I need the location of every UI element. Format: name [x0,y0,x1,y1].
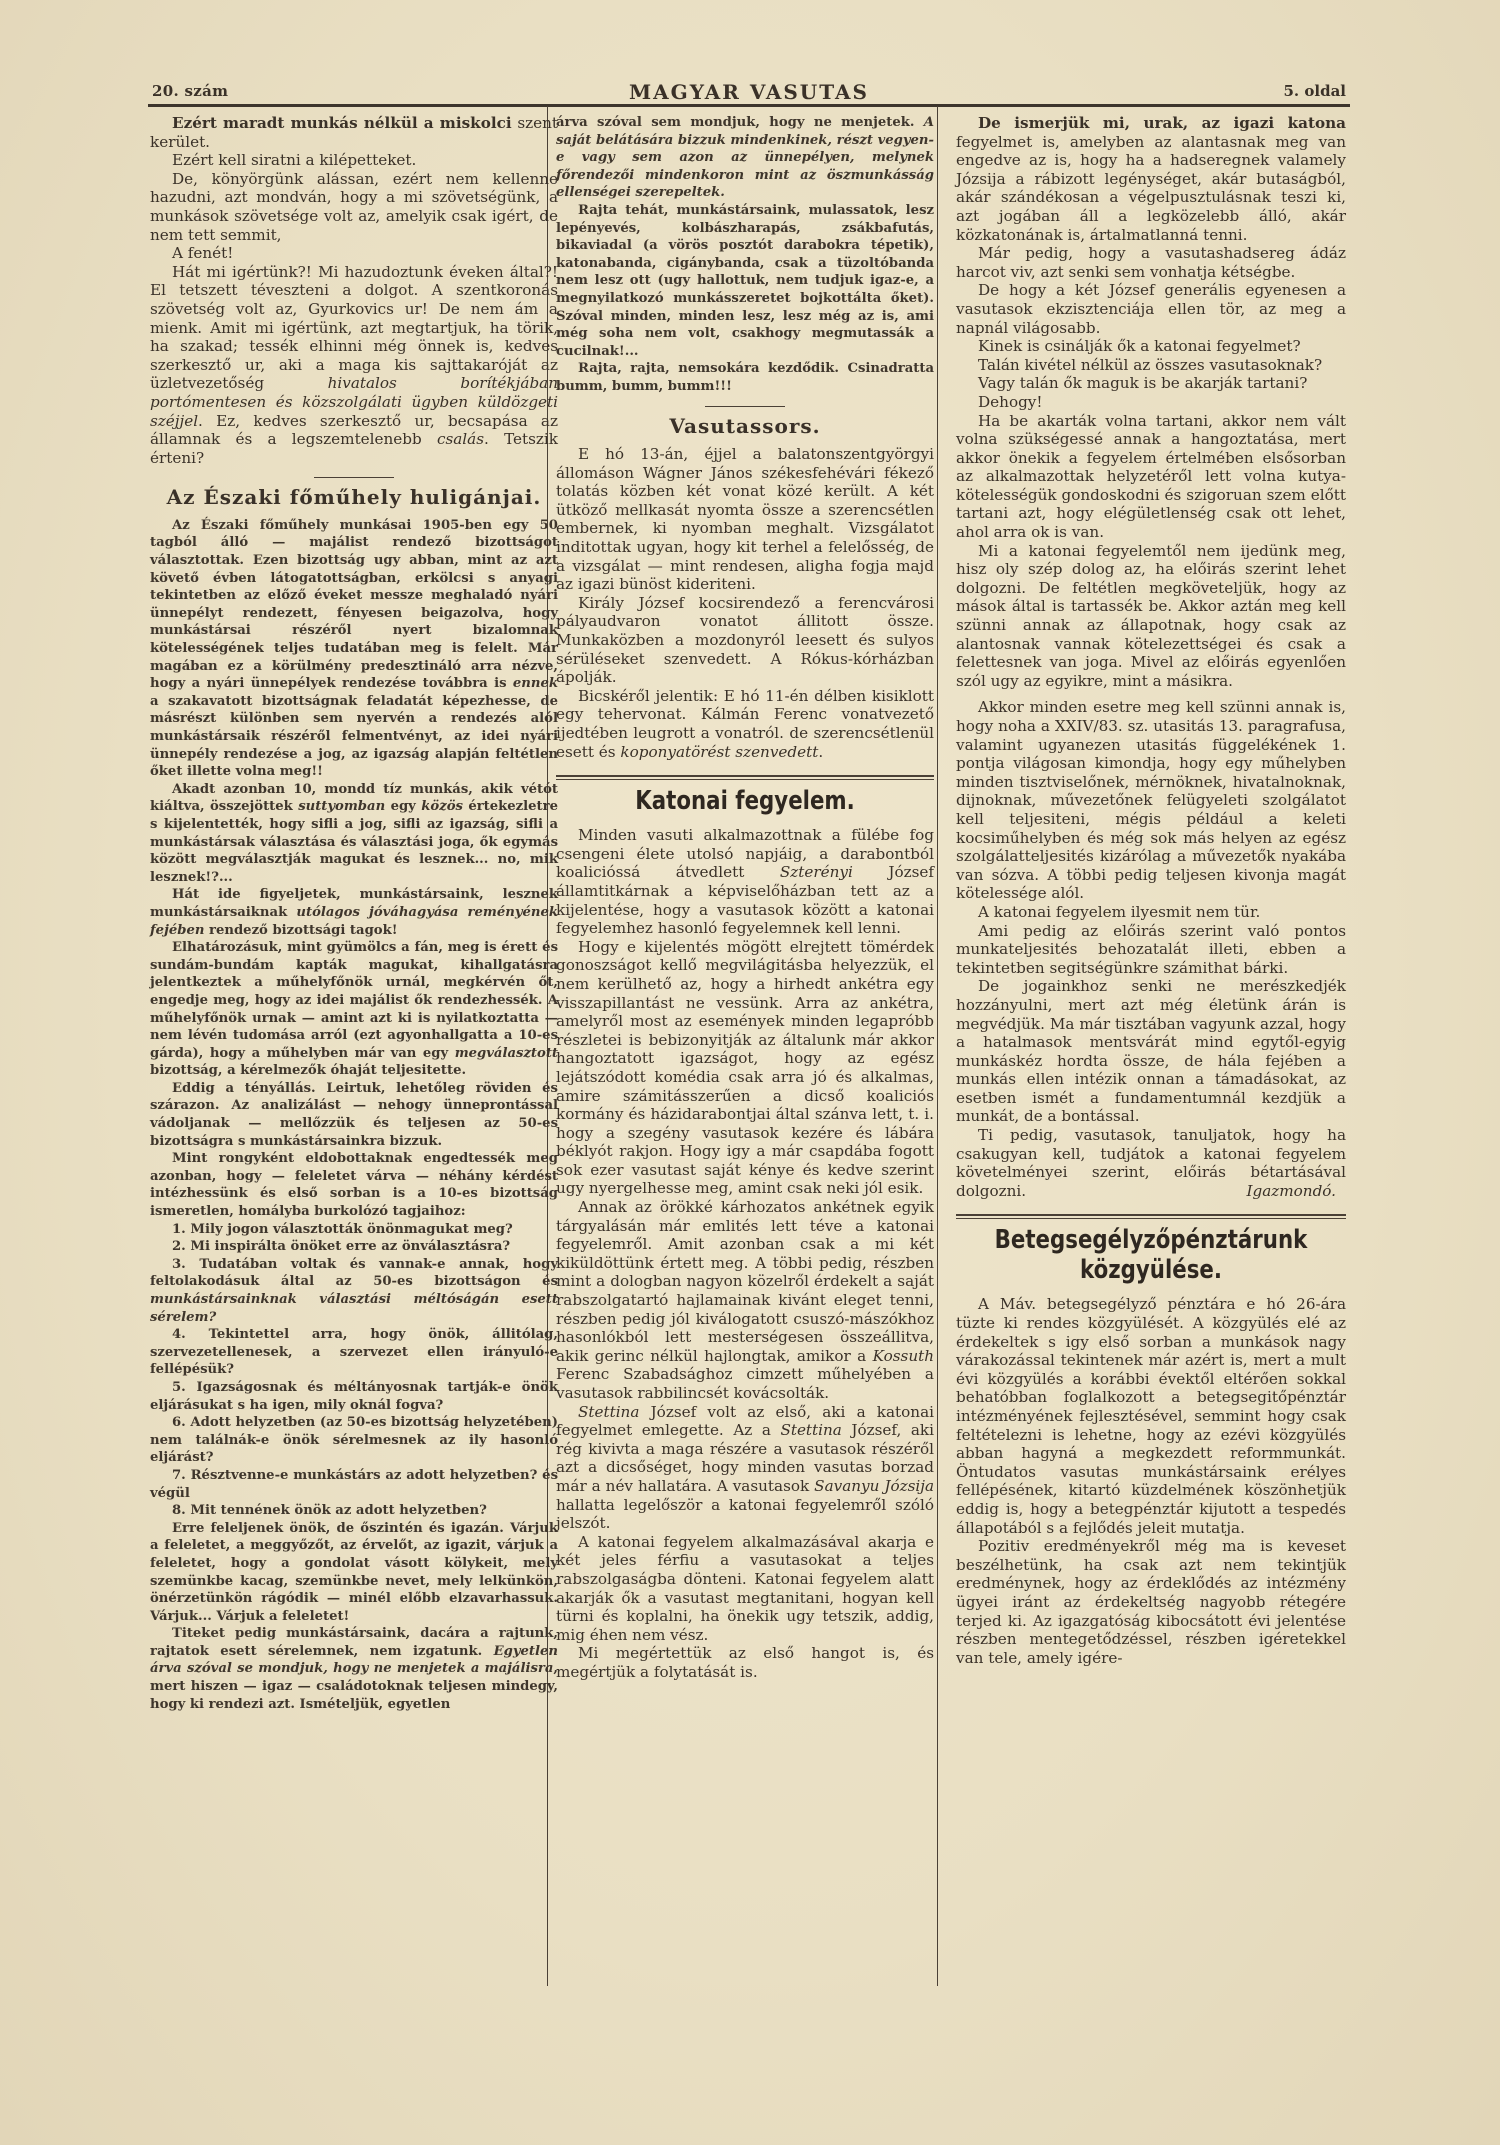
article-heading: Betegsegélyzőpénztárunk közgyülése. [991,1225,1311,1285]
section-double-rule [956,1214,1346,1219]
paragraph: Stettina József volt az első, aki a kato… [556,1403,934,1533]
paragraph: Erre feleljenek önök, de őszintén és iga… [150,1520,558,1626]
article-heading: Vasutassors. [556,417,934,436]
question-item: 6. Adott helyzetben (az 50-es bizottság … [150,1414,558,1467]
paragraph: Hát mi igértünk?! Mi hazudoztunk éveken … [150,263,558,468]
column-right: De ismerjük mi, urak, az igazi katona fe… [956,114,1346,1667]
paragraph: De jogainkhoz senki ne merészkedjék hozz… [956,977,1346,1126]
paragraph: Ezért kell siratni a kilépetteket. [150,151,558,170]
paragraph: Ami pedig az előirás szerint való pontos… [956,922,1346,978]
header-rule [148,104,1350,107]
question-item: 8. Mit tennének önök az adott helyzetben… [150,1502,558,1520]
paragraph: E hó 13-án, éjjel a balatonszentgyörgyi … [556,445,934,594]
masthead-title: MAGYAR VASUTAS [148,80,1350,104]
paragraph: De, könyörgünk alássan, ezért nem kellen… [150,170,558,244]
paragraph: De hogy a két József generális egyenesen… [956,281,1346,337]
paragraph: Pozitiv eredményekről még ma is keveset … [956,1537,1346,1667]
paragraph: Mint rongyként eldobottaknak engedtessék… [150,1150,558,1220]
newspaper-page: 20. szám MAGYAR VASUTAS 5. oldal Ezért m… [0,0,1500,2145]
paragraph: Elhatározásuk, mint gyümölcs a fán, meg … [150,939,558,1080]
paragraph: Hogy e kijelentés mögött elrejtett tömér… [556,938,934,1198]
question-item: 1. Mily jogon választották önönmagukat m… [150,1221,558,1239]
paragraph: Akkor minden esetre meg kell szünni anna… [956,698,1346,903]
question-item: 4. Tekintettel arra, hogy önök, állitóla… [150,1326,558,1379]
section-separator [705,406,785,407]
paragraph: Akadt azonban 10, mondd tíz munkás, akik… [150,781,558,887]
paragraph: Kinek is csinálják ők a katonai fegyelme… [956,337,1346,356]
paragraph: Mi a katonai fegyelemtől nem ijedünk meg… [956,542,1346,691]
article-heading: Katonai fegyelem. [590,786,900,816]
paragraph: Már pedig, hogy a vasutashadsereg ádáz h… [956,244,1346,281]
paragraph: Annak az örökké kárhozatos ankétnek egyi… [556,1198,934,1403]
paragraph: Rajta tehát, munkástársaink, mulassatok,… [556,202,934,360]
paragraph: Dehogy! [956,393,1346,412]
column-middle: árva szóval sem mondjuk, hogy ne menjete… [556,114,934,1682]
paragraph: A Máv. betegsegélyző pénztára e hó 26-ár… [956,1295,1346,1537]
page-header: 20. szám MAGYAR VASUTAS 5. oldal [148,80,1350,106]
paragraph: Eddig a tényállás. Leirtuk, lehetőleg rö… [150,1080,558,1150]
column-left: Ezért maradt munkás nélkül a miskolci sz… [150,114,558,1713]
paragraph: A katonai fegyelem ilyesmit nem tür. [956,903,1346,922]
paragraph: A katonai fegyelem alkalmazásával akarja… [556,1533,934,1645]
paragraph: Titeket pedig munkástársaink, dacára a r… [150,1625,558,1713]
paragraph: Ha be akarták volna tartani, akkor nem v… [956,412,1346,542]
paragraph: Talán kivétel nélkül az összes vasutasok… [956,356,1346,375]
paragraph: Mi megértettük az első hangot is, és meg… [556,1644,934,1681]
paragraph: Király József kocsirendező a ferencváros… [556,594,934,687]
paragraph: Rajta, rajta, nemsokára kezdődik. Csinad… [556,360,934,395]
paragraph: Ezért maradt munkás nélkül a miskolci sz… [150,114,558,151]
page-number: 5. oldal [1284,82,1347,100]
paragraph: Hát ide figyeljetek, munkástársaink, les… [150,886,558,939]
question-item: 3. Tudatában voltak és vannak-e annak, h… [150,1256,558,1326]
paragraph: Bicskéről jelentik: E hó 11-én délben ki… [556,687,934,761]
question-item: 2. Mi inspirálta önöket erre az önválasz… [150,1238,558,1256]
question-item: 7. Résztvenne-e munkástárs az adott hely… [150,1467,558,1502]
article-heading: Az Északi főműhely huligánjai. [150,488,558,507]
question-item: 5. Igazságosnak és méltányosnak tartják-… [150,1379,558,1414]
column-divider [937,106,938,1986]
paragraph: Vagy talán ők maguk is be akarják tartan… [956,374,1346,393]
paragraph: De ismerjük mi, urak, az igazi katona fe… [956,114,1346,244]
section-double-rule [556,775,934,780]
paragraph: Az Északi főműhely munkásai 1905-ben egy… [150,517,558,781]
paragraph: A fenét! [150,244,558,263]
section-separator [314,477,394,478]
paragraph: árva szóval sem mondjuk, hogy ne menjete… [556,114,934,202]
paragraph: Minden vasuti alkalmazottnak a fülébe fo… [556,826,934,938]
